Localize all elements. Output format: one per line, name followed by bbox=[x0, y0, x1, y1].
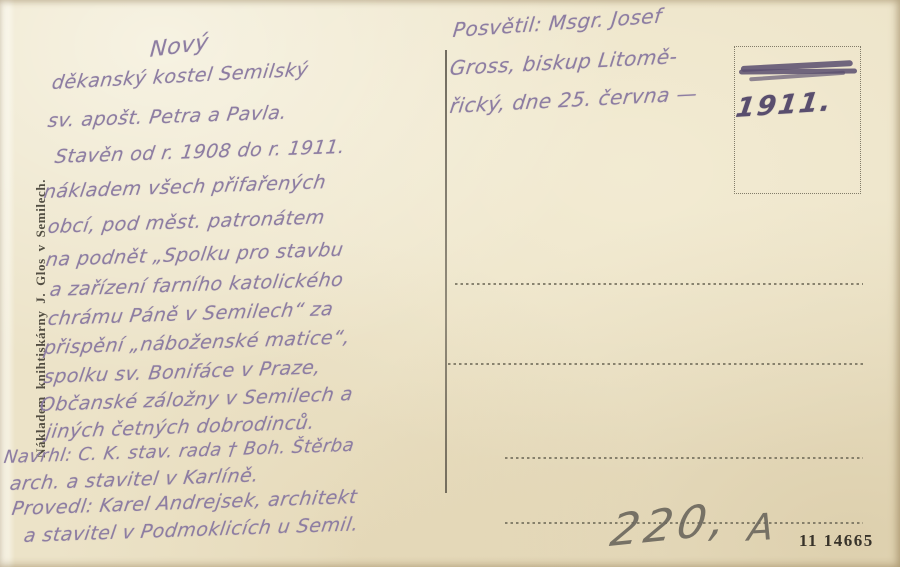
address-rule bbox=[505, 457, 863, 459]
message-line: chrámu Páně v Semilech“ za bbox=[46, 298, 334, 330]
message-line: a zařízení farního katolického bbox=[48, 269, 344, 301]
postcard-back: Nákladem knihtiskárny J. Glos v Semilech… bbox=[0, 0, 900, 567]
message-line: sv. apošt. Petra a Pavla. bbox=[46, 102, 288, 132]
struck-out-date-scribble bbox=[739, 58, 860, 84]
message-line: přispění „náboženské matice“, bbox=[42, 326, 351, 359]
address-divider-line bbox=[445, 50, 447, 493]
dedication-line: řický, dne 25. června — bbox=[449, 81, 699, 118]
message-line: Stavěn od r. 1908 do r. 1911. bbox=[53, 136, 346, 168]
pencil-letter-note: A bbox=[746, 505, 775, 549]
message-line: Nový bbox=[149, 30, 209, 63]
message-line: děkanský kostel Semilský bbox=[51, 59, 310, 94]
address-rule bbox=[448, 363, 863, 365]
dedication-line: Posvětil: Msgr. Josef bbox=[452, 4, 663, 42]
dedication-line: Gross, biskup Litomě- bbox=[449, 44, 679, 80]
message-line: obcí, pod měst. patronátem bbox=[46, 206, 326, 238]
pencil-price-note: 220, bbox=[607, 492, 733, 557]
message-line: a stavitel v Podmoklicích u Semil. bbox=[22, 513, 360, 547]
message-line: spolku sv. Bonifáce v Praze, bbox=[42, 356, 322, 388]
message-line: nákladem všech přifařených bbox=[42, 171, 327, 203]
printed-serial-number: 11 14665 bbox=[799, 531, 874, 551]
address-rule bbox=[455, 283, 863, 285]
message-line: na podnět „Spolku pro stavbu bbox=[44, 239, 344, 271]
